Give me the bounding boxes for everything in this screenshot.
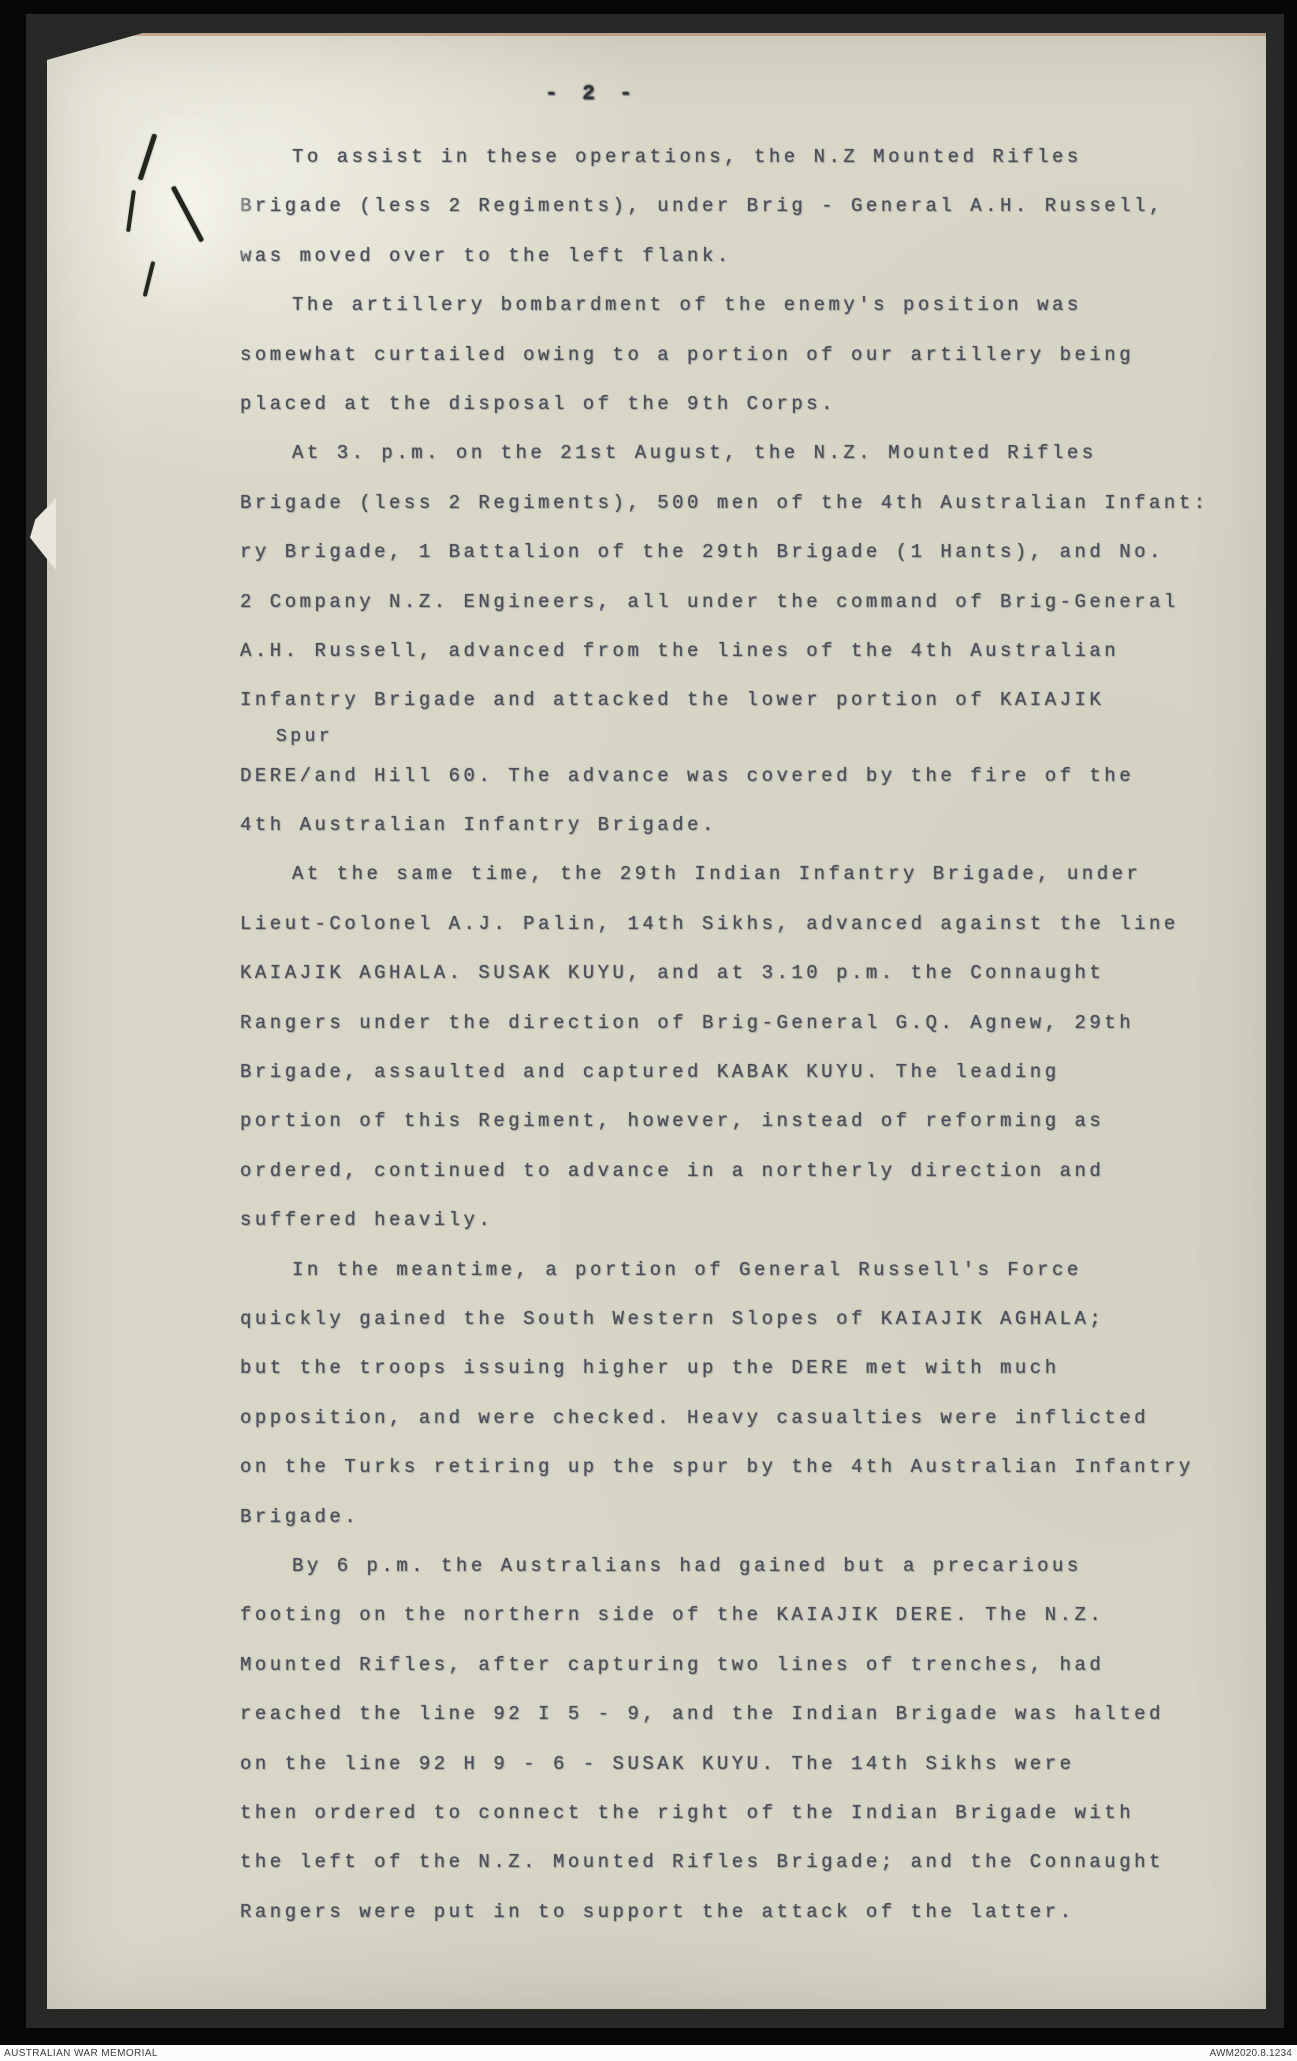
text-line: The artillery bombardment of the enemy's… [240,281,1240,330]
inserted-correction-line: Spur [276,726,1240,752]
text-line: ordered, continued to advance in a north… [240,1147,1240,1196]
text-line: Rangers were put in to support the attac… [240,1888,1240,1937]
page-number: - 2 - [545,83,638,106]
text-line: footing on the northern side of the KAIA… [240,1591,1240,1640]
text-line: Brigade (less 2 Regiments), 500 men of t… [240,479,1240,528]
text-line: At the same time, the 29th Indian Infant… [240,850,1240,899]
text-line: To assist in these operations, the N.Z M… [240,133,1240,182]
text-line: Infantry Brigade and attacked the lower … [240,676,1240,725]
archive-footer: AUSTRALIAN WAR MEMORIAL AWM2020.8.1234 [0,2045,1297,2061]
text-line: Rangers under the direction of Brig-Gene… [240,999,1240,1048]
text-line: on the line 92 H 9 - 6 - SUSAK KUYU. The… [240,1740,1240,1789]
text-line: Mounted Rifles, after capturing two line… [240,1641,1240,1690]
text-line: In the meantime, a portion of General Ru… [240,1246,1240,1295]
text-line: suffered heavily. [240,1196,1240,1245]
text-line: Brigade. [240,1493,1240,1542]
text-line: on the Turks retiring up the spur by the… [240,1443,1240,1492]
footer-accession-number: AWM2020.8.1234 [1210,2048,1292,2059]
text-line: reached the line 92 I 5 - 9, and the Ind… [240,1690,1240,1739]
text-line: DERE/and Hill 60. The advance was covere… [240,752,1240,801]
text-line: ry Brigade, 1 Battalion of the 29th Brig… [240,528,1240,577]
text-line: placed at the disposal of the 9th Corps. [240,380,1240,429]
scan-background: - 2 - To assist in these operations, the… [0,0,1297,2061]
text-line: was moved over to the left flank. [240,232,1240,281]
document-page: - 2 - To assist in these operations, the… [47,33,1266,2009]
text-line: At 3. p.m. on the 21st August, the N.Z. … [240,429,1240,478]
text-line: KAIAJIK AGHALA. SUSAK KUYU, and at 3.10 … [240,949,1240,998]
text-line: By 6 p.m. the Australians had gained but… [240,1542,1240,1591]
text-line: but the troops issuing higher up the DER… [240,1344,1240,1393]
text-line: A.H. Russell, advanced from the lines of… [240,627,1240,676]
text-line: 4th Australian Infantry Brigade. [240,801,1240,850]
text-line: Lieut-Colonel A.J. Palin, 14th Sikhs, ad… [240,900,1240,949]
text-line: 2 Company N.Z. ENgineers, all under the … [240,578,1240,627]
text-line: somewhat curtailed owing to a portion of… [240,331,1240,380]
footer-institution: AUSTRALIAN WAR MEMORIAL [4,2048,158,2059]
text-line: quickly gained the South Western Slopes … [240,1295,1240,1344]
text-line: then ordered to connect the right of the… [240,1789,1240,1838]
text-line: Brigade (less 2 Regiments), under Brig -… [240,182,1240,231]
text-line: portion of this Regiment, however, inste… [240,1097,1240,1146]
typewritten-text-block: To assist in these operations, the N.Z M… [240,133,1240,1937]
text-line: the left of the N.Z. Mounted Rifles Brig… [240,1838,1240,1887]
text-line: opposition, and were checked. Heavy casu… [240,1394,1240,1443]
text-line: Brigade, assaulted and captured KABAK KU… [240,1048,1240,1097]
